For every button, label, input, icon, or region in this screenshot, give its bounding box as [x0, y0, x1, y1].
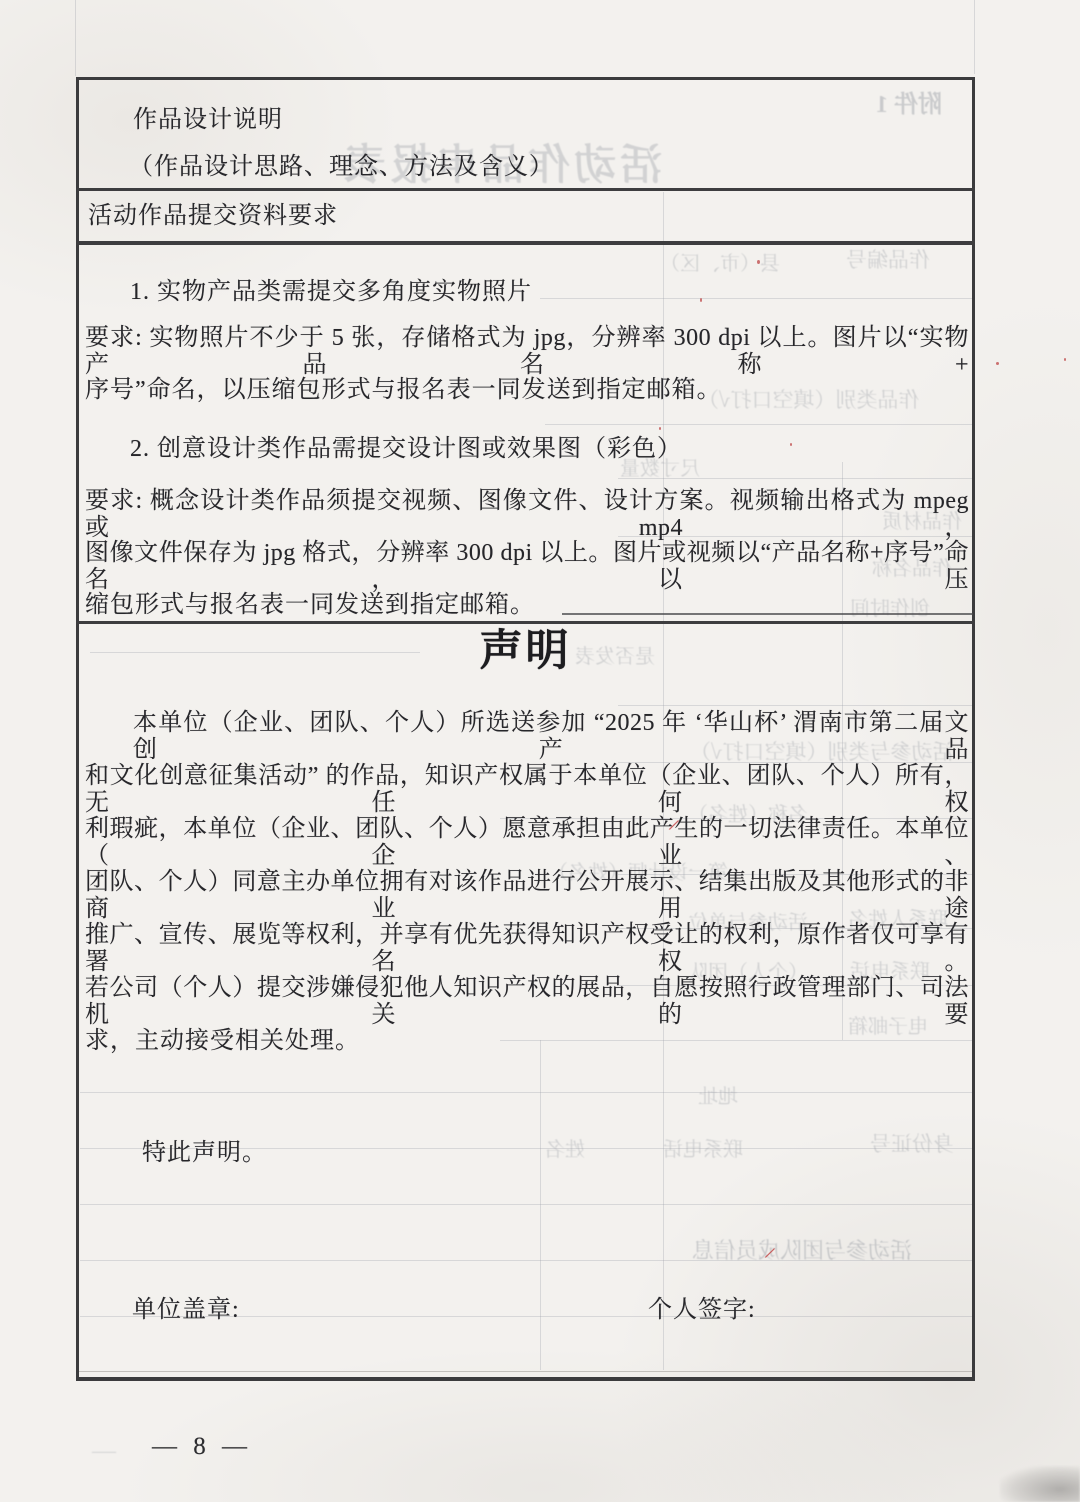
declaration-line-5: 推广、宣传、展览等权利，并享有优先获得知识产权受让的权利，原作者仅可享有署名权。 [85, 922, 969, 976]
row-divider-2 [76, 241, 975, 245]
declaration-line-7: 求，主动接受相关处理。 [85, 1028, 360, 1055]
declaration-line-4: 团队、个人）同意主办单位拥有对该作品进行公开展示、结集出版及其他形式的非商业用途 [85, 869, 969, 923]
declaration-line-1: 本单位（企业、团队、个人）所选送参加 “2025 年 ‘华山杯’ 渭南市第二届文… [85, 710, 969, 764]
design-note-title: 作品设计说明 [133, 107, 283, 134]
bleedthrough-grid-vline [974, 0, 975, 74]
bleedthrough-grid-vline [75, 0, 76, 76]
scan-corner-smudge [1000, 1466, 1080, 1502]
declaration-line-2: 和文化创意征集活动” 的作品，知识产权属于本单位（企业、团队、个人）所有，无任何… [85, 763, 969, 817]
unit-seal-label: 单位盖章: [132, 1297, 240, 1324]
declaration-line-6: 若公司（个人）提交涉嫌侵犯他人知识产权的展品，自愿按照行政管理部门、司法机关的要 [85, 975, 969, 1029]
row-divider-3 [76, 621, 975, 624]
requirement-1-line-1: 要求: 实物照片不少于 5 张，存储格式为 jpg，分辨率 300 dpi 以上… [85, 325, 969, 379]
declaration-line-3: 利瑕疵，本单位（企业、团队、个人）愿意承担由此产生的一切法律责任。本单位（企业、 [85, 816, 969, 870]
declaration-closing: 特此声明。 [142, 1140, 267, 1167]
page-number: — 8 — [152, 1433, 249, 1460]
red-speck [996, 362, 999, 365]
requirement-2-line-3: 缩包形式与报名表一同发送到指定邮箱。 [85, 592, 535, 619]
requirement-1-line-2: 序号”命名，以压缩包形式与报名表一同发送到指定邮箱。 [85, 377, 722, 404]
partial-rule [562, 613, 973, 615]
requirement-2-line-1: 要求: 概念设计类作品须提交视频、图像文件、设计方案。视频输出格式为 mpeg … [85, 488, 969, 542]
design-note-subtitle: （作品设计思路、理念、方法及含义） [129, 154, 554, 181]
bleedthrough-text: — [92, 1438, 116, 1465]
row-divider-1 [76, 188, 975, 191]
bottom-inner-rule [79, 1371, 972, 1372]
personal-signature-label: 个人签字: [648, 1297, 756, 1324]
requirement-2-line-2: 图像文件保存为 jpg 格式，分辨率 300 dpi 以上。图片或视频以“产品名… [85, 540, 969, 594]
requirement-item-1: 1. 实物产品类需提交多角度实物照片 [130, 279, 532, 306]
requirements-header: 活动作品提交资料要求 [88, 203, 338, 230]
requirement-item-2: 2. 创意设计类作品需提交设计图或效果图（彩色） [130, 436, 682, 463]
red-speck [1064, 358, 1066, 361]
scanned-page: 附件 1活动作品申报表作品编号县（市、区）作品类别（填空口打√）尺寸数量作品材质… [0, 0, 1080, 1502]
declaration-title: 声明 [76, 628, 975, 674]
